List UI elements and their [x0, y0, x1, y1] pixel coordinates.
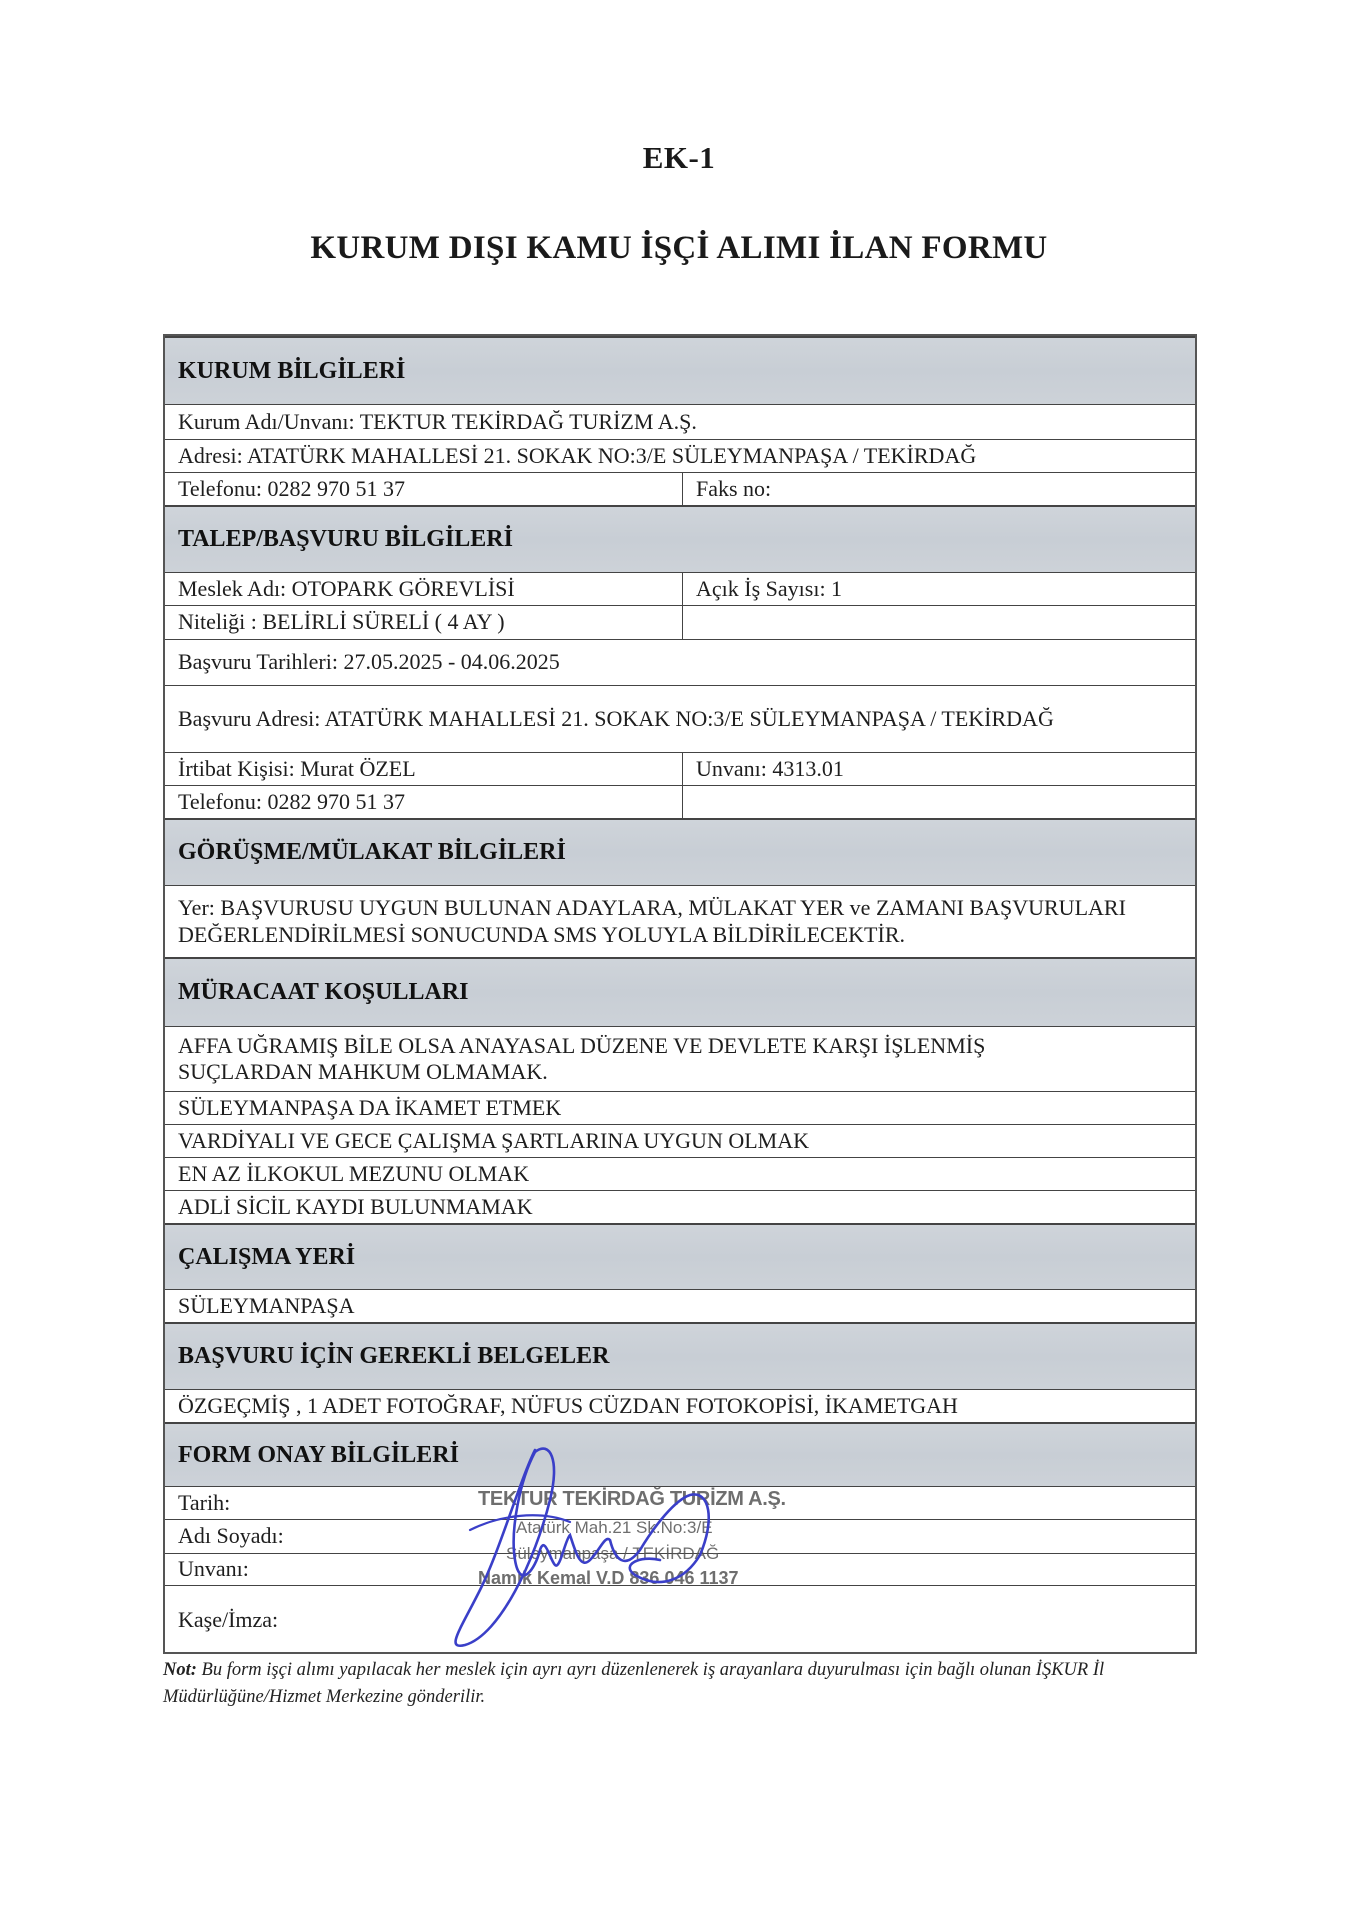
- section-header-kurum: KURUM BİLGİLERİ: [165, 336, 1195, 404]
- row-irtibat: İrtibat Kişisi: Murat ÖZEL Unvanı: 4313.…: [165, 752, 1195, 785]
- kosul-item: SÜLEYMANPAŞA DA İKAMET ETMEK: [165, 1095, 1195, 1121]
- section-header-belgeler: BAŞVURU İÇİN GEREKLİ BELGELER: [165, 1322, 1195, 1389]
- note-label: Not:: [163, 1660, 197, 1680]
- onay-tarih: Tarih:: [165, 1490, 1195, 1516]
- section-header-calisma-yeri: ÇALIŞMA YERİ: [165, 1223, 1195, 1289]
- acik-is-sayisi: Açık İş Sayısı: 1: [683, 573, 1195, 605]
- onay-unvani: Unvanı:: [165, 1556, 1195, 1582]
- kurum-adi: Kurum Adı/Unvanı: TEKTUR TEKİRDAĞ TURİZM…: [165, 409, 1195, 435]
- annex-label: EK-1: [0, 140, 1358, 176]
- row-kase-imza: Kaşe/İmza:: [165, 1585, 1195, 1654]
- irtibat-telefon: Telefonu: 0282 970 51 37: [165, 786, 683, 818]
- irtibat-telefon-empty: [683, 786, 1195, 818]
- niteligi: Niteliği : BELİRLİ SÜRELİ ( 4 AY ): [165, 606, 683, 639]
- section-title: TALEP/BAŞVURU BİLGİLERİ: [165, 525, 1195, 554]
- niteligi-empty: [683, 606, 1195, 639]
- row-meslek: Meslek Adı: OTOPARK GÖREVLİSİ Açık İş Sa…: [165, 572, 1195, 605]
- section-header-onay: FORM ONAY BİLGİLERİ: [165, 1422, 1195, 1486]
- row-adres: Adresi: ATATÜRK MAHALLESİ 21. SOKAK NO:3…: [165, 439, 1195, 472]
- kosul-item: AFFA UĞRAMIŞ BİLE OLSA ANAYASAL DÜZENE V…: [165, 1033, 1125, 1086]
- row-calisma-yeri: SÜLEYMANPAŞA: [165, 1289, 1195, 1322]
- basvuru-tarihleri: Başvuru Tarihleri: 27.05.2025 - 04.06.20…: [165, 649, 1195, 675]
- section-header-gorusme: GÖRÜŞME/MÜLAKAT BİLGİLERİ: [165, 818, 1195, 885]
- row-basvuru-adresi: Başvuru Adresi: ATATÜRK MAHALLESİ 21. SO…: [165, 685, 1195, 752]
- kurum-faks: Faks no:: [683, 473, 1195, 505]
- section-header-talep: TALEP/BAŞVURU BİLGİLERİ: [165, 505, 1195, 572]
- row-yer: Yer: BAŞVURUSU UYGUN BULUNAN ADAYLARA, M…: [165, 885, 1195, 957]
- row-tarihler: Başvuru Tarihleri: 27.05.2025 - 04.06.20…: [165, 639, 1195, 685]
- list-item: EN AZ İLKOKUL MEZUNU OLMAK: [165, 1157, 1195, 1190]
- list-item: VARDİYALI VE GECE ÇALIŞMA ŞARTLARINA UYG…: [165, 1124, 1195, 1157]
- irtibat-unvan: Unvanı: 4313.01: [683, 753, 1195, 785]
- basvuru-adresi: Başvuru Adresi: ATATÜRK MAHALLESİ 21. SO…: [165, 706, 1065, 732]
- gerekli-belgeler: ÖZGEÇMİŞ , 1 ADET FOTOĞRAF, NÜFUS CÜZDAN…: [165, 1393, 1195, 1419]
- job-posting-form: KURUM BİLGİLERİ Kurum Adı/Unvanı: TEKTUR…: [163, 334, 1197, 1654]
- row-unvani: Unvanı:: [165, 1553, 1195, 1585]
- onay-kase-imza: Kaşe/İmza:: [165, 1607, 1195, 1633]
- note-text: Bu form işçi alımı yapılacak her meslek …: [163, 1660, 1104, 1707]
- onay-adi-soyadi: Adı Soyadı:: [165, 1523, 1195, 1549]
- mulakat-yer: Yer: BAŞVURUSU UYGUN BULUNAN ADAYLARA, M…: [165, 895, 1195, 948]
- meslek-adi: Meslek Adı: OTOPARK GÖREVLİSİ: [165, 573, 683, 605]
- kurum-adres: Adresi: ATATÜRK MAHALLESİ 21. SOKAK NO:3…: [165, 443, 1195, 469]
- form-title: KURUM DIŞI KAMU İŞÇİ ALIMI İLAN FORMU: [0, 230, 1358, 267]
- section-title: BAŞVURU İÇİN GEREKLİ BELGELER: [165, 1342, 1195, 1371]
- kosul-item: EN AZ İLKOKUL MEZUNU OLMAK: [165, 1161, 1195, 1187]
- list-item: AFFA UĞRAMIŞ BİLE OLSA ANAYASAL DÜZENE V…: [165, 1026, 1195, 1091]
- section-title: GÖRÜŞME/MÜLAKAT BİLGİLERİ: [165, 838, 1195, 867]
- kosul-item: ADLİ SİCİL KAYDI BULUNMAMAK: [165, 1194, 1195, 1220]
- list-item: SÜLEYMANPAŞA DA İKAMET ETMEK: [165, 1091, 1195, 1124]
- row-telefon-faks: Telefonu: 0282 970 51 37 Faks no:: [165, 472, 1195, 505]
- section-title: MÜRACAAT KOŞULLARI: [165, 978, 1195, 1007]
- row-tarih: Tarih:: [165, 1486, 1195, 1519]
- row-belgeler: ÖZGEÇMİŞ , 1 ADET FOTOĞRAF, NÜFUS CÜZDAN…: [165, 1389, 1195, 1422]
- list-item: ADLİ SİCİL KAYDI BULUNMAMAK: [165, 1190, 1195, 1223]
- irtibat-kisisi: İrtibat Kişisi: Murat ÖZEL: [165, 753, 683, 785]
- kosul-item: VARDİYALI VE GECE ÇALIŞMA ŞARTLARINA UYG…: [165, 1128, 1195, 1154]
- kurum-telefon: Telefonu: 0282 970 51 37: [165, 473, 683, 505]
- section-title: FORM ONAY BİLGİLERİ: [165, 1441, 1195, 1470]
- section-header-muracaat: MÜRACAAT KOŞULLARI: [165, 957, 1195, 1026]
- section-title: ÇALIŞMA YERİ: [165, 1243, 1195, 1272]
- calisma-yeri-value: SÜLEYMANPAŞA: [165, 1293, 1195, 1319]
- footnote: Not: Bu form işçi alımı yapılacak her me…: [163, 1657, 1208, 1711]
- row-kurum-adi: Kurum Adı/Unvanı: TEKTUR TEKİRDAĞ TURİZM…: [165, 404, 1195, 439]
- section-title: KURUM BİLGİLERİ: [165, 357, 1195, 386]
- row-niteligi: Niteliği : BELİRLİ SÜRELİ ( 4 AY ): [165, 605, 1195, 639]
- row-adi-soyadi: Adı Soyadı:: [165, 1519, 1195, 1553]
- row-irtibat-telefon: Telefonu: 0282 970 51 37: [165, 785, 1195, 818]
